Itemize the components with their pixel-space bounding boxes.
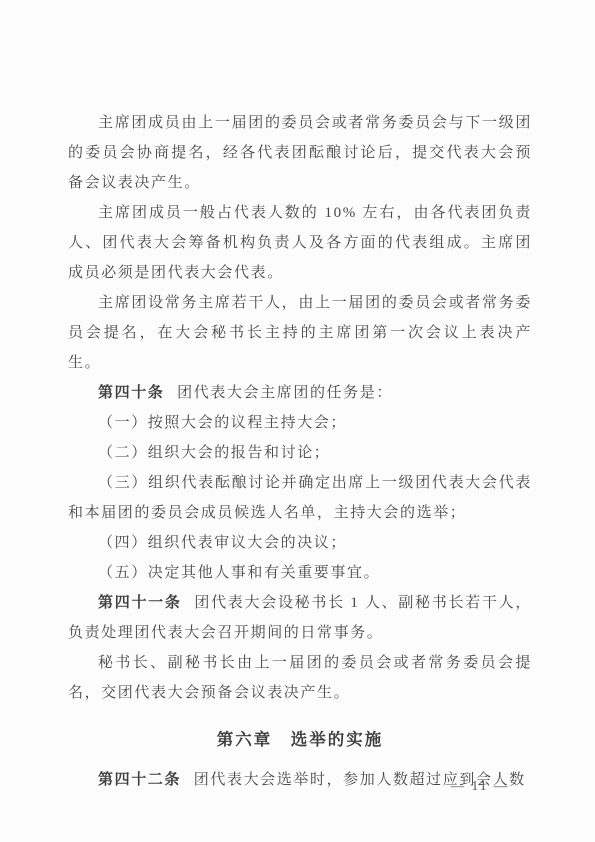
document-page: 主席团成员由上一届团的委员会或者常务委员会与下一级团的委员会协商提名，经各代表团…: [0, 0, 595, 842]
chapter-heading: 第六章 选举的实施: [68, 725, 532, 755]
list-item-paragraph: （二）组织大会的报告和讨论；: [68, 438, 532, 468]
list-item-paragraph: （四）组织代表审议大会的决议；: [68, 528, 532, 558]
list-item-paragraph: （一）按照大会的议程主持大会；: [68, 408, 532, 438]
list-item-paragraph: （五）决定其他人事和有关重要事宜。: [68, 558, 532, 588]
article-40-paragraph: 第四十条团代表大会主席团的任务是：: [68, 378, 532, 408]
article-number-label: 第四十二条: [98, 772, 181, 788]
article-number-label: 第四十一条: [98, 595, 182, 611]
paragraph-text: 团代表大会主席团的任务是：: [177, 385, 393, 401]
article-41-paragraph: 第四十一条团代表大会设秘书长 1 人、副秘书长若干人，负责处理团代表大会召开期间…: [68, 588, 532, 648]
paragraph: 主席团成员由上一届团的委员会或者常务委员会与下一级团的委员会协商提名，经各代表团…: [68, 108, 532, 198]
document-body: 主席团成员由上一届团的委员会或者常务委员会与下一级团的委员会协商提名，经各代表团…: [68, 108, 532, 795]
list-item-paragraph: （三）组织代表酝酿讨论并确定出席上一级团代表大会代表和本届团的委员会成员候选人名…: [68, 468, 532, 528]
article-number-label: 第四十条: [98, 385, 164, 401]
paragraph: 主席团成员一般占代表人数的 10% 左右，由各代表团负责人、团代表大会筹备机构负…: [68, 198, 532, 288]
paragraph: 主席团设常务主席若干人，由上一届团的委员会或者常务委员会提名，在大会秘书长主持的…: [68, 288, 532, 378]
paragraph: 秘书长、副秘书长由上一届团的委员会或者常务委员会提名，交团代表大会预备会议表决产…: [68, 648, 532, 708]
page-number: — 11 —: [435, 778, 525, 794]
